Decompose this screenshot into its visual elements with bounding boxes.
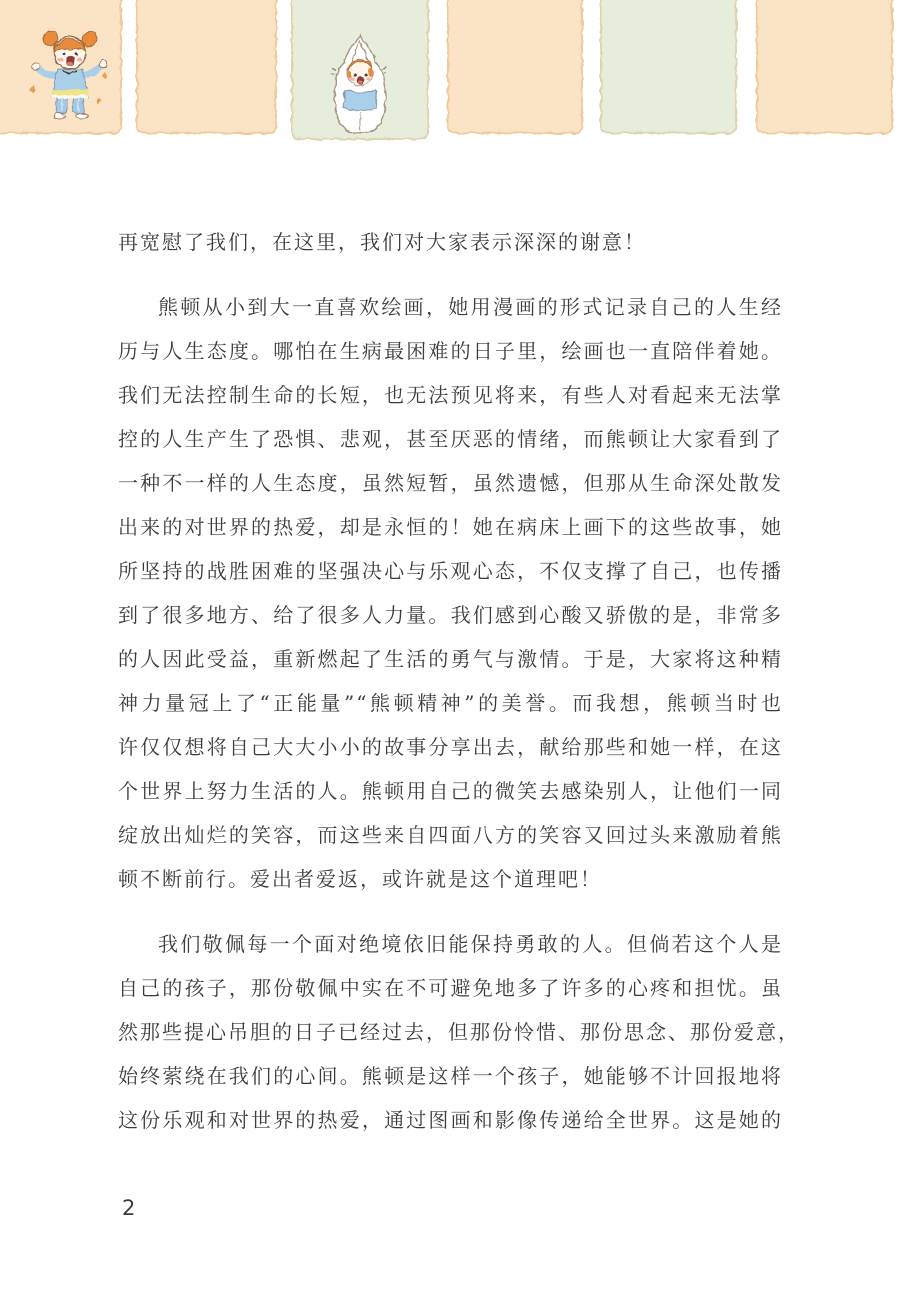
text-line: 然那些提心吊胆的日子已经过去，但那份怜惜、那份思念、那份爱意， [118,1010,783,1054]
decorative-header [0,0,900,160]
page-number: 2 [122,1196,135,1220]
text-line: 出来的对世界的热爱，却是永恒的！她在病床上画下的这些故事，她 [118,505,783,549]
text-line: 顿不断前行。爱出者爱返，或许就是这个道理吧！ [118,857,783,901]
paragraph: 我们敬佩每一个面对绝境依旧能保持勇敢的人。但倘若这个人是自己的孩子，那份敬佩中实… [118,922,783,1142]
header-card-5 [600,0,737,134]
paragraphs: 再宽慰了我们，在这里，我们对大家表示深深的谢意！熊顿从小到大一直喜欢绘画，她用漫… [118,220,783,1142]
text-line: 绽放出灿烂的笑容，而这些来自四面八方的笑容又回过头来激励着熊 [118,813,783,857]
header-card-1 [0,0,122,134]
text-line: 许仅仅想将自己大大小小的故事分享出去，献给那些和她一样，在这 [118,725,783,769]
hooded-girl-illustration [316,32,404,136]
text-line: 始终萦绕在我们的心间。熊顿是这样一个孩子，她能够不计回报地将 [118,1054,783,1098]
text-line: 我们敬佩每一个面对绝境依旧能保持勇敢的人。但倘若这个人是 [118,922,783,966]
text-line: 的人因此受益，重新燃起了生活的勇气与激情。于是，大家将这种精 [118,637,783,681]
header-card-2 [136,0,277,134]
text-line: 这份乐观和对世界的热爱，通过图画和影像传递给全世界。这是她的 [118,1098,783,1142]
header-card-4 [447,0,583,134]
header-card-6 [756,0,893,134]
paragraph: 熊顿从小到大一直喜欢绘画，她用漫画的形式记录自己的人生经历与人生态度。哪怕在生病… [118,285,783,901]
text-line: 熊顿从小到大一直喜欢绘画，她用漫画的形式记录自己的人生经 [118,285,783,329]
dancing-girl-illustration [24,26,114,126]
text-line: 历与人生态度。哪怕在生病最困难的日子里，绘画也一直陪伴着她。 [118,329,783,373]
body-text: 再宽慰了我们，在这里，我们对大家表示深深的谢意！熊顿从小到大一直喜欢绘画，她用漫… [118,220,783,1142]
text-line: 自己的孩子，那份敬佩中实在不可避免地多了许多的心疼和担忧。虽 [118,966,783,1010]
header-card-3 [291,0,429,140]
paragraph: 再宽慰了我们，在这里，我们对大家表示深深的谢意！ [118,220,783,264]
book-page: 再宽慰了我们，在这里，我们对大家表示深深的谢意！熊顿从小到大一直喜欢绘画，她用漫… [0,0,900,1303]
text-line: 到了很多地方、给了很多人力量。我们感到心酸又骄傲的是，非常多 [118,593,783,637]
text-line: 我们无法控制生命的长短，也无法预见将来，有些人对看起来无法掌 [118,373,783,417]
text-line: 再宽慰了我们，在这里，我们对大家表示深深的谢意！ [118,220,783,264]
text-line: 个世界上努力生活的人。熊顿用自己的微笑去感染别人，让他们一同 [118,769,783,813]
text-line: 控的人生产生了恐惧、悲观，甚至厌恶的情绪，而熊顿让大家看到了 [118,417,783,461]
text-line: 一种不一样的人生态度，虽然短暂，虽然遗憾，但那从生命深处散发 [118,461,783,505]
text-line: 神力量冠上了“正能量”“熊顿精神”的美誉。而我想，熊顿当时也 [118,681,783,725]
text-line: 所坚持的战胜困难的坚强决心与乐观心态，不仅支撑了自己，也传播 [118,549,783,593]
